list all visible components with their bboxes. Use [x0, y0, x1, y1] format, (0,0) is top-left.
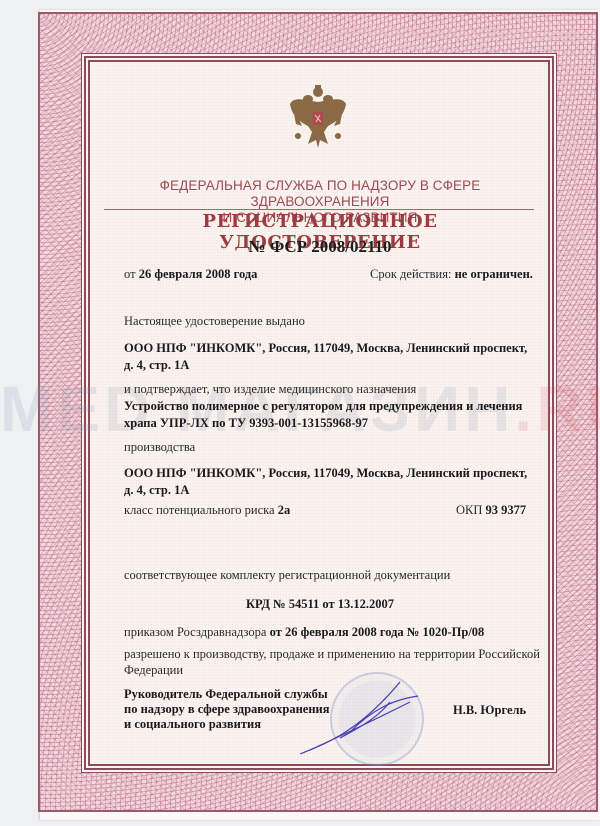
permission-line1: разрешено к производству, продаже и прим… — [124, 646, 540, 663]
manufacturer-label: производства — [124, 439, 195, 456]
issue-date-prefix: от — [124, 267, 136, 281]
russian-coat-of-arms-icon — [286, 82, 350, 154]
manufacturer-line1: ООО НПФ "ИНКОМК", Россия, 117049, Москва… — [124, 465, 527, 482]
validity-value: не ограничен. — [455, 267, 533, 281]
risk-class-label: класс потенциального риска — [124, 503, 275, 517]
holder-line1: ООО НПФ "ИНКОМК", Россия, 117049, Москва… — [124, 340, 527, 357]
okp-code: ОКП 93 9377 — [456, 502, 526, 519]
okp-value: 93 9377 — [486, 503, 527, 517]
product-label: и подтверждает, что изделие медицинского… — [124, 381, 416, 398]
signatory-title-line1: Руководитель Федеральной службы — [124, 687, 330, 702]
krd-number: КРД № 54511 от 13.12.2007 — [100, 596, 540, 613]
product-name-line2: храпа УПР-ЛХ по ТУ 9393-001-13155968-97 — [124, 415, 368, 432]
signatory-title-line3: и социального развития — [124, 717, 330, 732]
issued-label: Настоящее удостоверение выдано — [124, 313, 305, 330]
document-number: № ФСР 2008/02110 — [100, 237, 540, 257]
manufacturer-line2: д. 4, стр. 1А — [124, 482, 189, 499]
header-divider — [104, 209, 534, 210]
risk-class-value: 2а — [278, 503, 291, 517]
order: приказом Росздравнадзора от 26 февраля 2… — [124, 624, 484, 641]
permission-line2: Федерации — [124, 662, 183, 679]
order-value: от 26 февраля 2008 года № 1020-Пр/08 — [270, 625, 485, 639]
product-name-line1: Устройство полимерное с регулятором для … — [124, 398, 522, 415]
risk-class: класс потенциального риска 2а — [124, 502, 290, 519]
okp-label: ОКП — [456, 503, 482, 517]
signatory-title-line2: по надзору в сфере здравоохранения — [124, 702, 330, 717]
issue-date-value: 26 февраля 2008 года — [139, 267, 258, 281]
signatory-name: Н.В. Юргель — [453, 702, 526, 719]
agency-name-line1: ФЕДЕРАЛЬНАЯ СЛУЖБА ПО НАДЗОРУ В СФЕРЕ ЗД… — [100, 178, 540, 210]
holder-line2: д. 4, стр. 1А — [124, 357, 189, 374]
validity: Срок действия: не ограничен. — [370, 266, 533, 283]
signatory-title: Руководитель Федеральной службы по надзо… — [124, 687, 330, 732]
issue-date: от 26 февраля 2008 года — [124, 266, 257, 283]
documentation-label: соответствующее комплекту регистрационно… — [124, 567, 450, 584]
validity-label: Срок действия: — [370, 267, 451, 281]
order-prefix: приказом Росздравнадзора — [124, 625, 266, 639]
